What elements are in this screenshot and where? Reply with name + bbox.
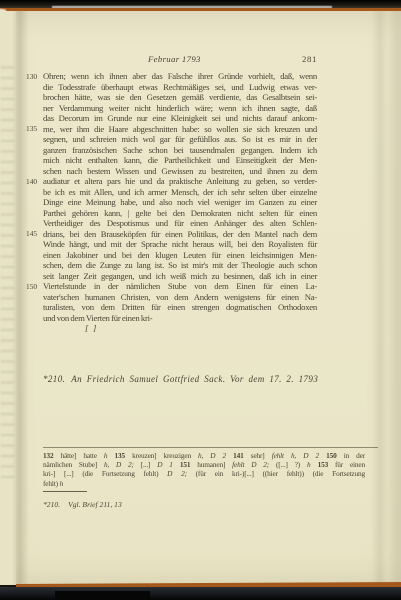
body-text-line: Parthei gehören kann, | gelte bei den De… [43, 208, 317, 219]
letter-heading: *210.An Friedrich Samuel Gottfried Sack.… [43, 374, 365, 384]
body-text-line: vater'schen humanen Christen, von dem An… [43, 292, 317, 303]
margin-line-number: 145 [26, 229, 37, 240]
body-text-line: und von dem Vierten für einen kri- [43, 313, 317, 324]
body-text-line: 135me, wer ihm die Haare abgeschnitten h… [43, 124, 317, 135]
body-text-line: be ich es mit Allen, und ich armer Mensc… [43, 187, 317, 198]
body-text-line: seit langer Zeit gegangen, und ich weiß … [43, 271, 317, 282]
photo-frame-bottom-shadow [55, 591, 150, 600]
margin-line-number: 150 [26, 282, 37, 293]
body-text-line: schen nach bestem Wissen und Gewissen zu… [43, 166, 317, 177]
body-text-line: 140audiatur et altera pars hie und da pr… [43, 176, 317, 187]
body-text-line: mich nicht enthalten kann, die Partheili… [43, 155, 317, 166]
body-text-line: [ ] [43, 323, 317, 334]
body-text-line: einen Jakobiner und bei den klugen Leute… [43, 250, 317, 261]
body-text-line: ganzen französischen Sache schon bei tau… [43, 145, 317, 156]
letter-number: *210. [43, 374, 65, 384]
critical-apparatus: 132 hätte] hatte h 135 kreuzen] kreuzige… [43, 451, 365, 488]
scanned-book-page-photo: Februar 1793 281 130Ohren; wenn ich ihne… [0, 0, 401, 600]
page-gutter-shadow [12, 11, 29, 585]
footnote-text: Vgl. Brief 211, 13 [68, 500, 122, 509]
footnote-number: *210. [43, 500, 60, 509]
running-header: Februar 1793 281 [43, 54, 317, 66]
book-page: Februar 1793 281 130Ohren; wenn ich ihne… [0, 11, 401, 585]
body-text-line: Winde hängt, und mit der Sprache nicht h… [43, 239, 317, 250]
body-text-line: Dinge eine Meinung habe, und also noch v… [43, 197, 317, 208]
body-text-line: schen, dem die Zunge zu lang ist. So ist… [43, 260, 317, 271]
margin-line-number: 135 [26, 124, 37, 135]
margin-line-number: 130 [26, 72, 37, 83]
page-number: 281 [302, 54, 317, 64]
page-edge-right [371, 11, 401, 585]
apparatus-line: 132 hätte] hatte h 135 kreuzen] kreuzige… [43, 451, 365, 460]
apparatus-separator-rule [43, 447, 378, 448]
apparatus-line: nämlichen Stube] h, D 2; [...] D 1 151 h… [43, 460, 365, 469]
body-text-line: ner Verdammung weiter nicht hinderlich w… [43, 103, 317, 114]
margin-line-number: 140 [26, 177, 37, 188]
body-text-line: 145drians, bei den Brauseköpfen für eine… [43, 229, 317, 240]
body-text-line: das Decorum im Grunde nur eine Kleinigke… [43, 113, 317, 124]
apparatus-line: kri-] [...] (die Fortsetzung fehlt) D 2;… [43, 469, 365, 478]
body-text-line: Vertheidiger des Despotismus und für ein… [43, 218, 317, 229]
apparatus-line: fehlt) h [43, 479, 365, 488]
body-text-line: die Todesstrafe überhaupt etwas Rechtmäß… [43, 82, 317, 93]
body-text-line: turalisten, von dem Dritten für einen st… [43, 302, 317, 313]
running-title: Februar 1793 [148, 54, 201, 64]
letter-body: 130Ohren; wenn ich ihnen aber das Falsch… [43, 71, 317, 334]
body-text-line: segnen, und schreien mich wol gar für ge… [43, 134, 317, 145]
letter-heading-text: An Friedrich Samuel Gottfried Sack. Vor … [71, 374, 318, 384]
body-text-line: brochen hätte, was sie den Gesetzen gemä… [43, 92, 317, 103]
footnote-separator-rule [43, 491, 87, 492]
body-text-line: 150Viertelstunde in der nämlichen Stube … [43, 281, 317, 292]
editor-footnote: *210.Vgl. Brief 211, 13 [43, 500, 365, 509]
body-text-line: 130Ohren; wenn ich ihnen aber das Falsch… [43, 71, 317, 82]
